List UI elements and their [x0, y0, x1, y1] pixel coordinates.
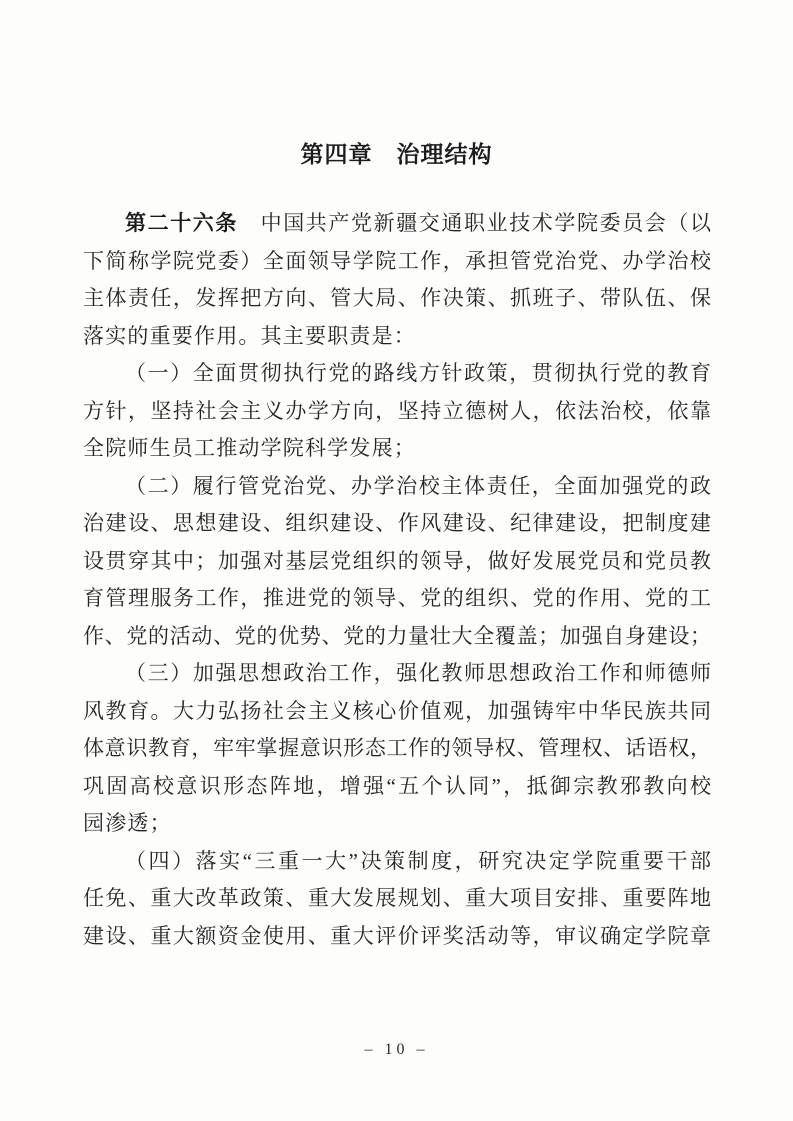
body-line: 治建设、思想建设、组织建设、作风建设、纪律建设，把制度建: [83, 505, 711, 543]
body-line: 下简称学院党委）全面领导学院工作，承担管党治党、办学治校: [83, 243, 711, 281]
body-line: 方针，坚持社会主义办学方向，坚持立德树人，依法治校，依靠: [83, 393, 711, 431]
body-line: 建设、重大额资金使用、重大评价评奖活动等，审议确定学院章: [83, 918, 711, 956]
body-line: 风教育。大力弘扬社会主义核心价值观，加强铸牢中华民族共同: [83, 693, 711, 731]
line-text: 中国共产党新疆交通职业技术学院委员会（以: [238, 211, 711, 235]
body-line: 任免、重大改革政策、重大发展规划、重大项目安排、重要阵地: [83, 880, 711, 918]
body-line: （一）全面贯彻执行党的路线方针政策，贯彻执行党的教育: [83, 355, 711, 393]
page-number: – 10 –: [0, 1041, 793, 1059]
document-page: 第四章 治理结构 第二十六条 中国共产党新疆交通职业技术学院委员会（以 下简称学…: [0, 0, 793, 1121]
body-line: 设贯穿其中；加强对基层党组织的领导，做好发展党员和党员教: [83, 543, 711, 581]
body-line: 落实的重要作用。其主要职责是：: [83, 318, 711, 356]
body-line: 体意识教育，牢牢掌握意识形态工作的领导权、管理权、话语权，: [83, 730, 711, 768]
body-line: 全院师生员工推动学院科学发展；: [83, 430, 711, 468]
chapter-heading: 第四章 治理结构: [0, 136, 793, 169]
body-line: 园渗透；: [83, 805, 711, 843]
document-body: 第二十六条 中国共产党新疆交通职业技术学院委员会（以 下简称学院党委）全面领导学…: [83, 205, 711, 955]
article-number-label: 第二十六条: [125, 212, 238, 235]
body-line: 作、党的活动、党的优势、党的力量壮大全覆盖；加强自身建设；: [83, 618, 711, 656]
body-line: （三）加强思想政治工作，强化教师思想政治工作和师德师: [83, 655, 711, 693]
body-line: 主体责任，发挥把方向、管大局、作决策、抓班子、带队伍、保: [83, 280, 711, 318]
body-line: （四）落实“三重一大”决策制度，研究决定学院重要干部: [83, 843, 711, 881]
body-line: （二）履行管党治党、办学治校主体责任，全面加强党的政: [83, 468, 711, 506]
body-line: 育管理服务工作，推进党的领导、党的组织、党的作用、党的工: [83, 580, 711, 618]
body-line: 第二十六条 中国共产党新疆交通职业技术学院委员会（以: [83, 205, 711, 243]
body-line: 巩固高校意识形态阵地，增强“五个认同”，抵御宗教邪教向校: [83, 768, 711, 806]
